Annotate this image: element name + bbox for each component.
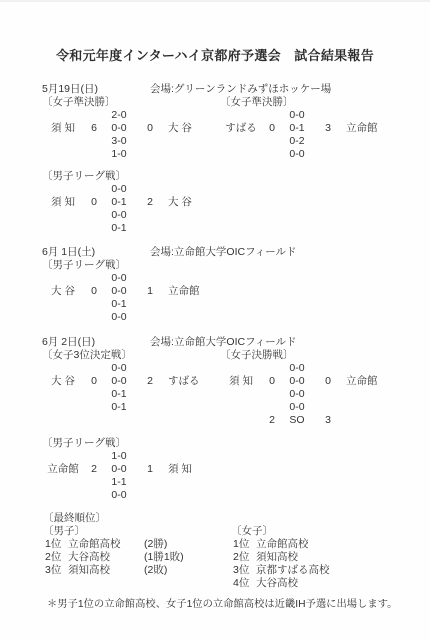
quarter-score-4: 1-0 bbox=[104, 148, 134, 161]
match1-column: 〔女子準決勝〕 須 知 6 2-0 0-0 3-0 1-0 0 大 谷 bbox=[42, 96, 220, 161]
quarter-score-1: 0-0 bbox=[104, 362, 134, 375]
away-team-name: 立命館 bbox=[344, 375, 430, 388]
quarter-score-4: 0-0 bbox=[282, 148, 312, 161]
record-label: (2敗) bbox=[144, 564, 167, 577]
quarter-score-1: 0-0 bbox=[282, 109, 312, 122]
home-total-score: 0 bbox=[262, 375, 282, 388]
match-block: すばる 0 0-0 0-1 0-2 0-0 3 立命館 bbox=[220, 109, 430, 161]
team-name: 須知高校 bbox=[256, 551, 332, 564]
away-team-name: 大 谷 bbox=[166, 122, 220, 135]
team-name: 大谷高校 bbox=[68, 551, 144, 564]
quarter-score-3: 0-0 bbox=[282, 388, 312, 401]
standing-row: 3位 京都すばる高校 bbox=[231, 564, 430, 577]
home-team-name: 須 知 bbox=[220, 375, 262, 388]
away-total-score: 0 bbox=[134, 122, 166, 135]
rank-label: 2位 bbox=[233, 551, 256, 564]
quarter-score-1: 1-0 bbox=[104, 450, 134, 463]
home-team-name: 須 知 bbox=[42, 122, 84, 135]
standings-columns: 〔男子〕 1位 立命館高校 (2勝) 2位 大谷高校 (1勝1敗) 3位 須知高… bbox=[43, 525, 430, 590]
quarter-score-1: 0-0 bbox=[282, 362, 312, 375]
standing-row: 2位 須知高校 bbox=[231, 551, 430, 564]
match-block: 大 谷 0 0-0 0-0 0-1 0-1 2 すばる bbox=[42, 362, 220, 414]
match-block: 大 谷 0 0-0 0-0 0-1 0-0 1 立命館 bbox=[42, 272, 430, 324]
match-block: 立命館 2 1-0 0-0 1-1 0-0 1 須 知 bbox=[42, 450, 430, 502]
home-team-name: すばる bbox=[220, 122, 262, 135]
home-team-name: 大 谷 bbox=[42, 285, 84, 298]
quarter-score-1: 0-0 bbox=[104, 272, 134, 285]
team-name: 立命館高校 bbox=[256, 538, 332, 551]
standing-row: 1位 立命館高校 (2勝) bbox=[43, 538, 221, 551]
match5-column: 〔女子3位決定戦〕 大 谷 0 0-0 0-0 0-1 0-1 2 すばる bbox=[42, 349, 220, 427]
team-name: 大谷高校 bbox=[256, 577, 332, 590]
date-label: 6月 1日(土) bbox=[42, 246, 150, 259]
record-label: (2勝) bbox=[144, 538, 167, 551]
home-team-name: 須 知 bbox=[42, 196, 84, 209]
rank-label: 4位 bbox=[233, 577, 256, 590]
quarter-score-3: 0-2 bbox=[282, 135, 312, 148]
standings-men-title: 〔男子〕 bbox=[43, 525, 221, 538]
section2-mens-league: 〔男子リーグ戦〕 大 谷 0 0-0 0-0 0-1 0-0 1 立命館 bbox=[42, 259, 430, 324]
section1-match-columns: 〔女子準決勝〕 須 知 6 2-0 0-0 3-0 1-0 0 大 谷 〔女子準… bbox=[42, 96, 430, 161]
quarter-score-2: 0-0 bbox=[104, 375, 134, 388]
page-title: 令和元年度インターハイ京都府予選会 試合結果報告 bbox=[0, 48, 430, 64]
quarter-score-2: 0-0 bbox=[282, 375, 312, 388]
away-total-score: 2 bbox=[134, 196, 166, 209]
quarter-score-1: 2-0 bbox=[104, 109, 134, 122]
match-label: 〔女子3位決定戦〕 bbox=[42, 349, 220, 362]
section1-mens-league: 〔男子リーグ戦〕 須 知 0 0-0 0-1 0-0 0-1 2 大 谷 bbox=[42, 170, 430, 235]
quarter-score-2: 0-1 bbox=[104, 196, 134, 209]
home-team-name: 立命館 bbox=[42, 463, 84, 476]
rank-label: 1位 bbox=[45, 538, 68, 551]
section3-match-columns: 〔女子3位決定戦〕 大 谷 0 0-0 0-0 0-1 0-1 2 すばる 〔女… bbox=[42, 349, 430, 427]
rank-label: 3位 bbox=[45, 564, 68, 577]
standing-row: 3位 須知高校 (2敗) bbox=[43, 564, 221, 577]
quarter-score-3: 3-0 bbox=[104, 135, 134, 148]
home-total-score: 0 bbox=[262, 122, 282, 135]
home-total-score: 0 bbox=[84, 285, 104, 298]
away-total-score: 1 bbox=[134, 285, 166, 298]
team-name: 須知高校 bbox=[68, 564, 144, 577]
quarter-score-2: 0-0 bbox=[104, 285, 134, 298]
venue-label: 会場:グリーンランドみずほホッケー場 bbox=[150, 83, 331, 96]
final-standings-heading: 〔最終順位〕 bbox=[43, 512, 430, 525]
document-page: 令和元年度インターハイ京都府予選会 試合結果報告 5月19日(日) 会場:グリー… bbox=[0, 0, 430, 640]
match-label: 〔男子リーグ戦〕 bbox=[42, 170, 430, 183]
match-block: 須 知 0 0-0 0-1 0-0 0-1 2 大 谷 bbox=[42, 183, 430, 235]
standing-row: 4位 大谷高校 bbox=[231, 577, 430, 590]
section2-date-row: 6月 1日(土) 会場:立命館大学OICフィールド bbox=[42, 246, 430, 259]
shootout-home-score: 2 bbox=[262, 414, 282, 427]
quarter-score-2: 0-1 bbox=[282, 122, 312, 135]
quarter-score-4: 0-1 bbox=[104, 401, 134, 414]
shootout-away-score: 3 bbox=[312, 414, 344, 427]
standing-row: 1位 立命館高校 bbox=[231, 538, 430, 551]
quarter-score-3: 0-1 bbox=[104, 298, 134, 311]
quarter-score-4: 0-1 bbox=[104, 222, 134, 235]
quarter-score-4: 0-0 bbox=[104, 311, 134, 324]
match-label: 〔女子準決勝〕 bbox=[42, 96, 220, 109]
quarter-score-2: 0-0 bbox=[104, 463, 134, 476]
match-label: 〔女子決勝戦〕 bbox=[220, 349, 430, 362]
match-block: 須 知 0 0-0 0-0 0-0 0-0 0 立命館 2 SO 3 bbox=[220, 362, 430, 427]
rank-label: 1位 bbox=[233, 538, 256, 551]
home-total-score: 0 bbox=[84, 196, 104, 209]
home-total-score: 6 bbox=[84, 122, 104, 135]
away-total-score: 0 bbox=[312, 375, 344, 388]
home-total-score: 0 bbox=[84, 375, 104, 388]
quarter-score-3: 0-1 bbox=[104, 388, 134, 401]
away-team-name: すばる bbox=[166, 375, 220, 388]
team-name: 立命館高校 bbox=[68, 538, 144, 551]
date-label: 5月19日(日) bbox=[42, 83, 150, 96]
rank-label: 2位 bbox=[45, 551, 68, 564]
section3-mens-league: 〔男子リーグ戦〕 立命館 2 1-0 0-0 1-1 0-0 1 須 知 bbox=[42, 437, 430, 502]
record-label: (1勝1敗) bbox=[144, 551, 184, 564]
home-team-name: 大 谷 bbox=[42, 375, 84, 388]
venue-label: 会場:立命館大学OICフィールド bbox=[150, 336, 297, 349]
quarter-score-4: 0-0 bbox=[104, 489, 134, 502]
away-team-name: 立命館 bbox=[344, 122, 430, 135]
away-total-score: 1 bbox=[134, 463, 166, 476]
venue-label: 会場:立命館大学OICフィールド bbox=[150, 246, 297, 259]
away-total-score: 2 bbox=[134, 375, 166, 388]
away-total-score: 3 bbox=[312, 122, 344, 135]
match6-column: 〔女子決勝戦〕 須 知 0 0-0 0-0 0-0 0-0 0 立命館 2 SO… bbox=[220, 349, 430, 427]
standings-men: 〔男子〕 1位 立命館高校 (2勝) 2位 大谷高校 (1勝1敗) 3位 須知高… bbox=[43, 525, 221, 590]
quarter-score-3: 1-1 bbox=[104, 476, 134, 489]
team-name: 京都すばる高校 bbox=[256, 564, 332, 577]
section1-date-row: 5月19日(日) 会場:グリーンランドみずほホッケー場 bbox=[42, 83, 430, 96]
quarter-score-1: 0-0 bbox=[104, 183, 134, 196]
quarter-score-4: 0-0 bbox=[282, 401, 312, 414]
standings-women: 〔女子〕 1位 立命館高校 2位 須知高校 3位 京都すばる高校 4位 大谷高校 bbox=[221, 525, 430, 590]
rank-label: 3位 bbox=[233, 564, 256, 577]
section3-date-row: 6月 2日(日) 会場:立命館大学OICフィールド bbox=[42, 336, 430, 349]
match-label: 〔男子リーグ戦〕 bbox=[42, 259, 430, 272]
standings-women-title: 〔女子〕 bbox=[231, 525, 430, 538]
match-label: 〔男子リーグ戦〕 bbox=[42, 437, 430, 450]
date-label: 6月 2日(日) bbox=[42, 336, 150, 349]
away-team-name: 須 知 bbox=[166, 463, 430, 476]
home-total-score: 2 bbox=[84, 463, 104, 476]
match2-column: 〔女子準決勝〕 すばる 0 0-0 0-1 0-2 0-0 3 立命館 bbox=[220, 96, 430, 161]
footnote: ＊男子1位の立命館高校、女子1位の立命館高校は近畿IH予選に出場します。 bbox=[47, 598, 430, 611]
quarter-score-3: 0-0 bbox=[104, 209, 134, 222]
shootout-label: SO bbox=[282, 414, 312, 427]
standing-row: 2位 大谷高校 (1勝1敗) bbox=[43, 551, 221, 564]
quarter-score-2: 0-0 bbox=[104, 122, 134, 135]
match-label: 〔女子準決勝〕 bbox=[220, 96, 430, 109]
away-team-name: 立命館 bbox=[166, 285, 430, 298]
away-team-name: 大 谷 bbox=[166, 196, 430, 209]
match-block: 須 知 6 2-0 0-0 3-0 1-0 0 大 谷 bbox=[42, 109, 220, 161]
